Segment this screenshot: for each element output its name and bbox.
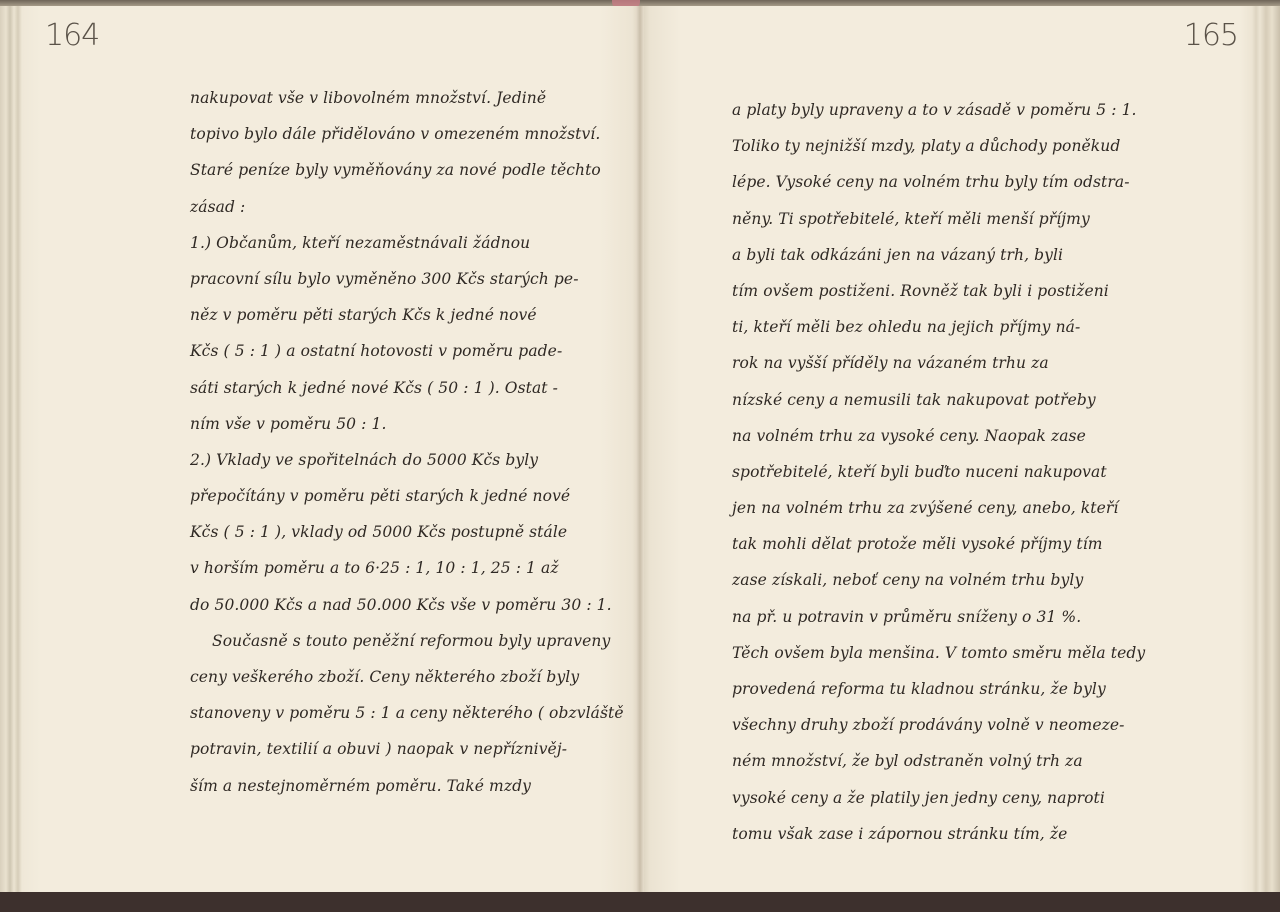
text-line: 2.) Vklady ve spořitelnách do 5000 Kčs b… (190, 442, 610, 478)
text-line: a byli tak odkázáni jen na vázaný trh, b… (732, 237, 1152, 273)
text-line: Toliko ty nejnižší mzdy, platy a důchody… (732, 128, 1152, 164)
text-line: potravin, textilií a obuvi ) naopak v ne… (190, 731, 610, 767)
text-line: zásad : (190, 189, 610, 225)
text-line: nízské ceny a nemusili tak nakupovat pot… (732, 382, 1152, 418)
text-line: jen na volném trhu za zvýšené ceny, aneb… (732, 490, 1152, 526)
text-line: přepočítány v poměru pěti starých k jedn… (190, 478, 610, 514)
text-line: Těch ovšem byla menšina. V tomto směru m… (732, 635, 1152, 671)
book-bottom-edge (0, 892, 1280, 912)
page-number: 164 (45, 18, 99, 53)
handwritten-text-block: nakupovat vše v libovolném množství. Jed… (190, 80, 610, 804)
text-line: provedená reforma tu kladnou stránku, že… (732, 671, 1152, 707)
handwritten-text-block: a platy byly upraveny a to v zásadě v po… (732, 92, 1152, 852)
text-line: 1.) Občanům, kteří nezaměstnávali žádnou (190, 225, 610, 261)
text-line: ti, kteří měli bez ohledu na jejich příj… (732, 309, 1152, 345)
text-line: ceny veškerého zboží. Ceny některého zbo… (190, 659, 610, 695)
text-line: stanoveny v poměru 5 : 1 a ceny některéh… (190, 695, 610, 731)
text-line: topivo bylo dále přidělováno v omezeném … (190, 116, 610, 152)
text-line: Staré peníze byly vyměňovány za nové pod… (190, 152, 610, 188)
text-line: v horším poměru a to 6·25 : 1, 10 : 1, 2… (190, 550, 610, 586)
text-line: spotřebitelé, kteří byli buďto nuceni na… (732, 454, 1152, 490)
text-line: na volném trhu za vysoké ceny. Naopak za… (732, 418, 1152, 454)
text-line: něny. Ti spotřebitelé, kteří měli menší … (732, 201, 1152, 237)
text-line: na př. u potravin v průměru sníženy o 31… (732, 599, 1152, 635)
text-line: Kčs ( 5 : 1 ) a ostatní hotovosti v pomě… (190, 333, 610, 369)
text-line: ním vše v poměru 50 : 1. (190, 406, 610, 442)
text-line: ném množství, že byl odstraněn volný trh… (732, 743, 1152, 779)
text-line: všechny druhy zboží prodávány volně v ne… (732, 707, 1152, 743)
text-line: ším a nestejnoměrném poměru. Také mzdy (190, 768, 610, 804)
text-line: tím ovšem postiženi. Rovněž tak byli i p… (732, 273, 1152, 309)
text-line: a platy byly upraveny a to v zásadě v po… (732, 92, 1152, 128)
text-line: lépe. Vysoké ceny na volném trhu byly tí… (732, 164, 1152, 200)
right-page: 165 a platy byly upraveny a to v zásadě … (640, 6, 1280, 892)
text-line: něz v poměru pěti starých Kčs k jedné no… (190, 297, 610, 333)
left-page: 164 nakupovat vše v libovolném množství.… (0, 6, 640, 892)
text-line: Kčs ( 5 : 1 ), vklady od 5000 Kčs postup… (190, 514, 610, 550)
text-line: rok na vyšší příděly na vázaném trhu za (732, 345, 1152, 381)
book-spine-gutter (636, 6, 644, 892)
text-line: tak mohli dělat protože měli vysoké příj… (732, 526, 1152, 562)
text-line: tomu však zase i zápornou stránku tím, ž… (732, 816, 1152, 852)
text-line: Současně s touto peněžní reformou byly u… (190, 623, 610, 659)
page-number: 165 (1184, 18, 1238, 53)
text-line: nakupovat vše v libovolném množství. Jed… (190, 80, 610, 116)
text-line: pracovní sílu bylo vyměněno 300 Kčs star… (190, 261, 610, 297)
text-line: vysoké ceny a že platily jen jedny ceny,… (732, 780, 1152, 816)
text-line: zase získali, neboť ceny na volném trhu … (732, 562, 1152, 598)
text-line: sáti starých k jedné nové Kčs ( 50 : 1 )… (190, 370, 610, 406)
text-line: do 50.000 Kčs a nad 50.000 Kčs vše v pom… (190, 587, 610, 623)
